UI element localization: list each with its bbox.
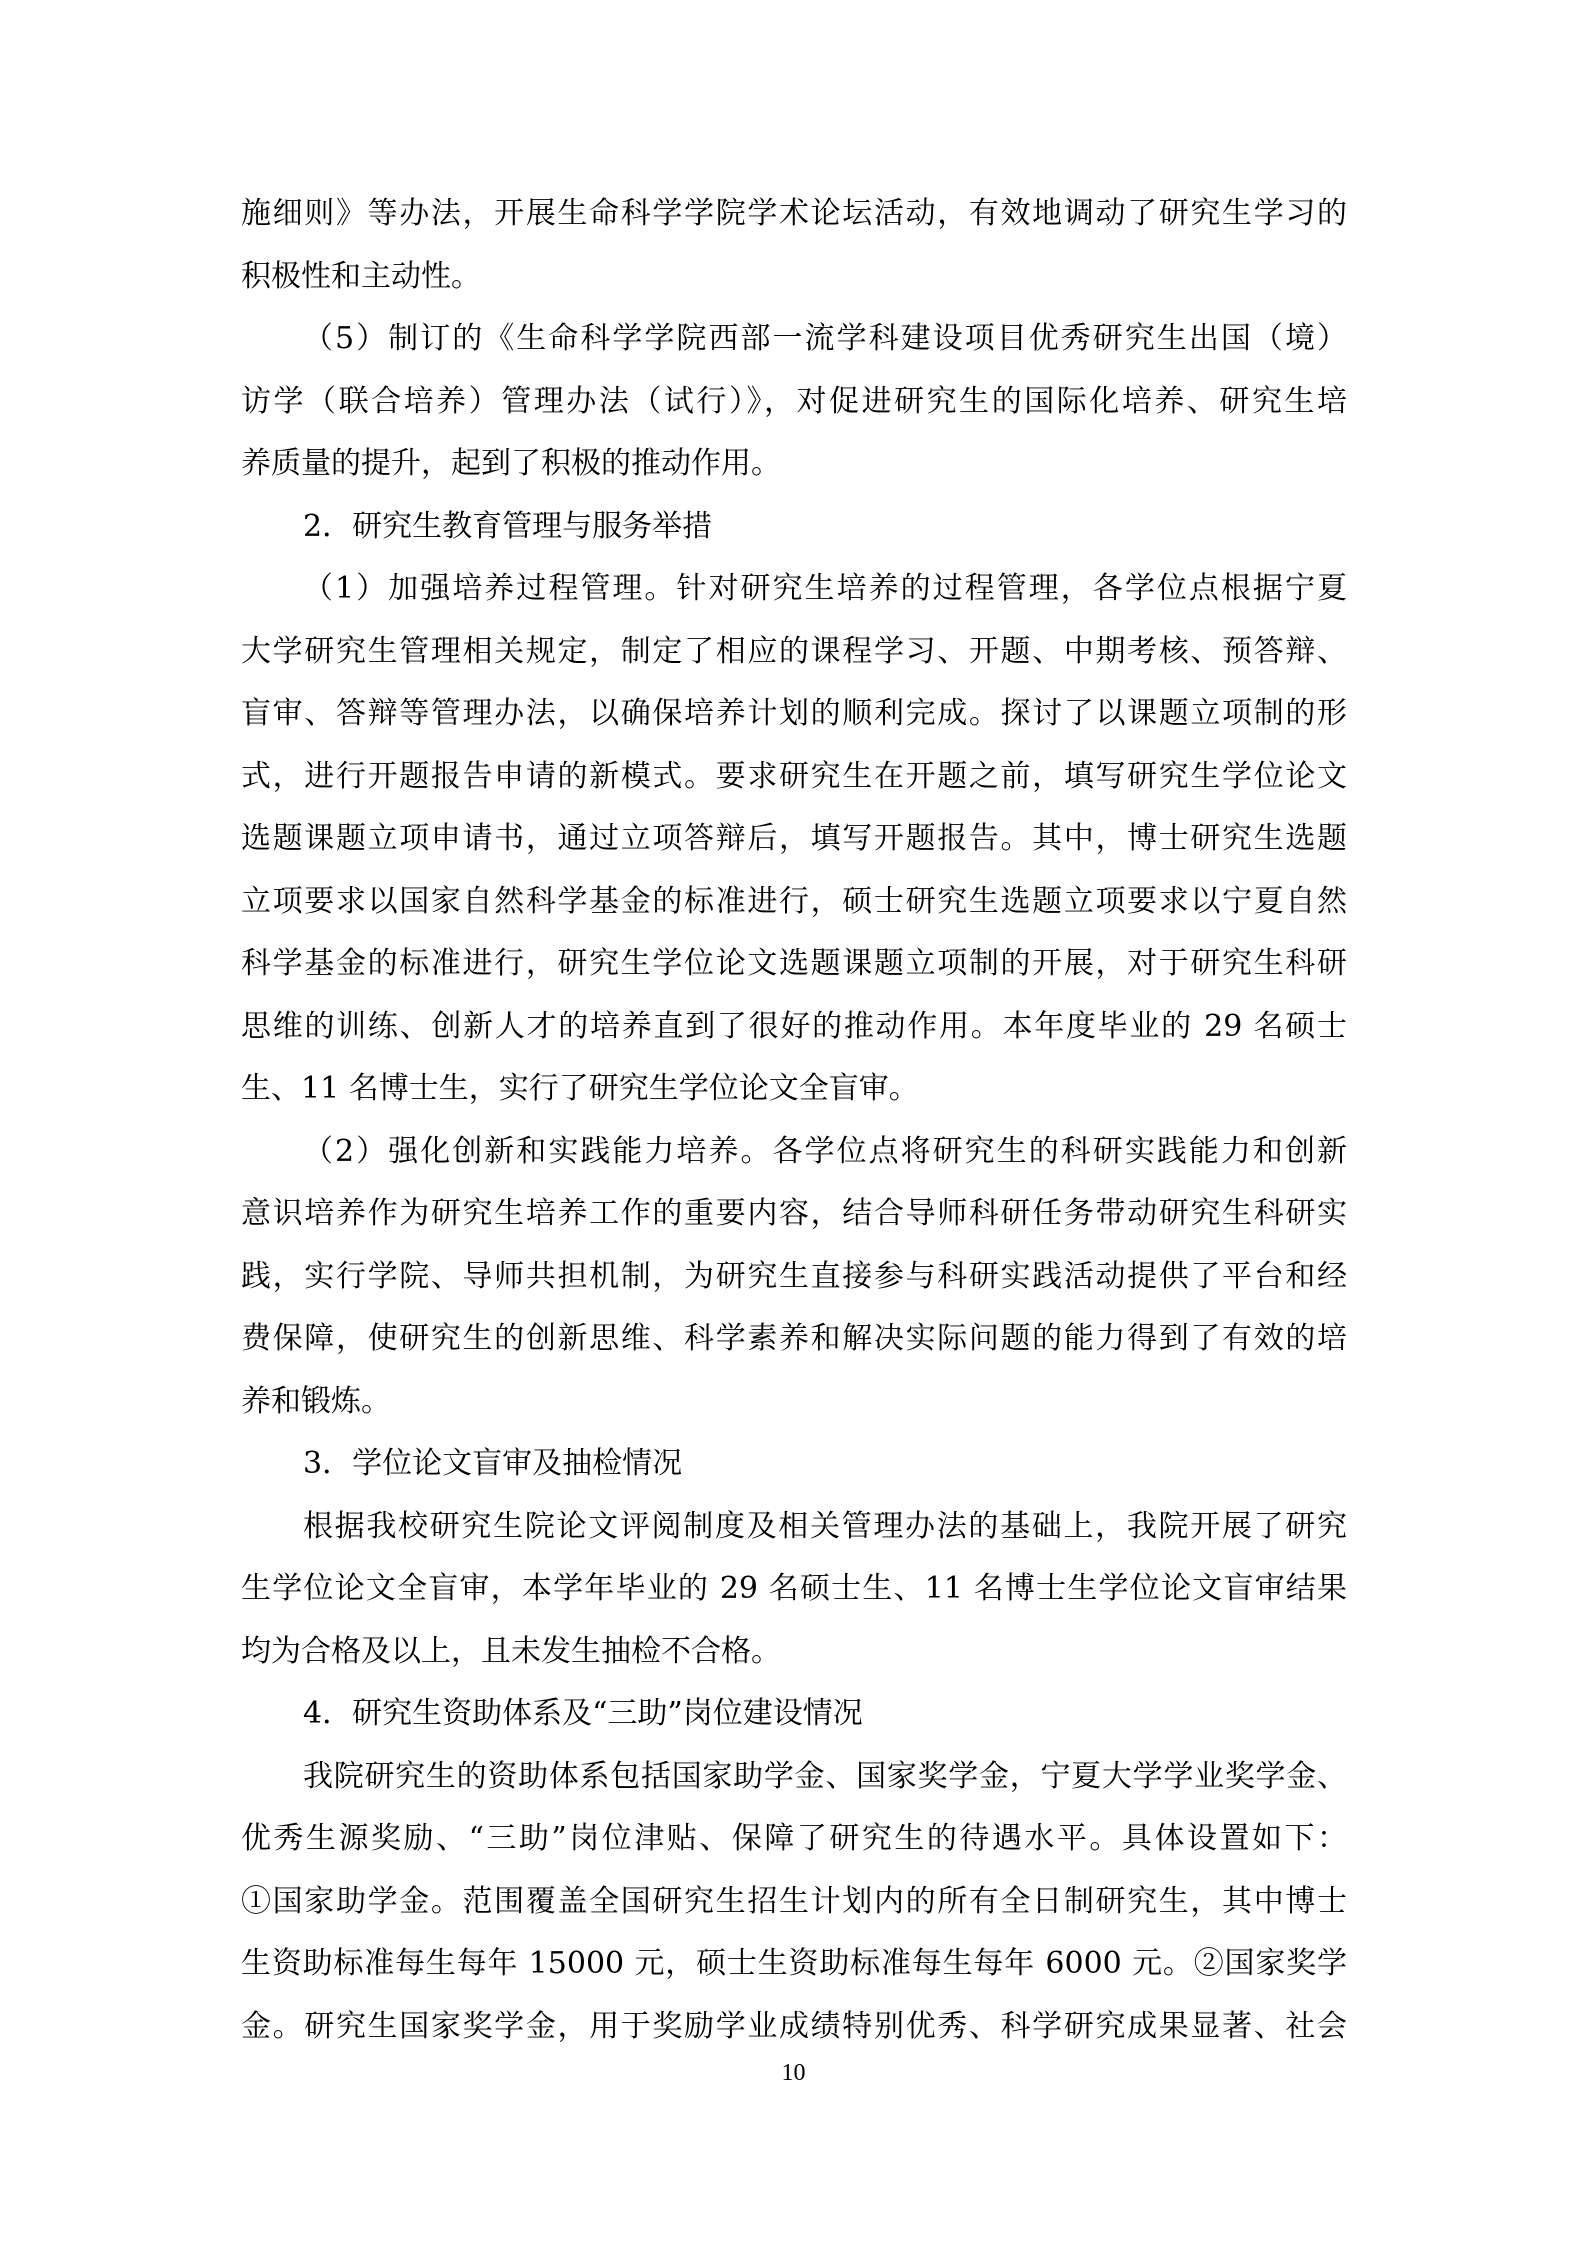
text-line: ①国家助学金。范围覆盖全国研究生招生计划内的所有全日制研究生，其中博士: [241, 1876, 1347, 1939]
text-line: 养和锻炼。: [241, 1376, 1347, 1439]
text-line: 生、11 名博士生，实行了研究生学位论文全盲审。: [241, 1063, 1347, 1126]
text-line: 生学位论文全盲审，本学年毕业的 29 名硕士生、11 名博士生学位论文盲审结果: [241, 1563, 1347, 1626]
paragraph-first-line: 根据我校研究生院论文评阅制度及相关管理办法的基础上，我院开展了研究: [241, 1501, 1347, 1564]
text-line: 意识培养作为研究生培养工作的重要内容，结合导师科研任务带动研究生科研实: [241, 1188, 1347, 1251]
text-line: 均为合格及以上，且未发生抽检不合格。: [241, 1626, 1347, 1689]
text-line: 费保障，使研究生的创新思维、科学素养和解决实际问题的能力得到了有效的培: [241, 1313, 1347, 1376]
text-line: 践，实行学院、导师共担机制，为研究生直接参与科研实践活动提供了平台和经: [241, 1251, 1347, 1314]
body-text: 施细则》等办法，开展生命科学学院学术论坛活动，有效地调动了研究生学习的 积极性和…: [241, 188, 1347, 2063]
section-heading: 3．学位论文盲审及抽检情况: [241, 1438, 1347, 1501]
paragraph-first-line: （1）加强培养过程管理。针对研究生培养的过程管理，各学位点根据宁夏: [241, 563, 1347, 626]
paragraph-first-line: （5）制订的《生命科学学院西部一流学科建设项目优秀研究生出国（境）: [241, 313, 1347, 376]
text-line: 积极性和主动性。: [241, 251, 1347, 314]
text-line: 立项要求以国家自然科学基金的标准进行，硕士研究生选题立项要求以宁夏自然: [241, 876, 1347, 939]
text-line: 大学研究生管理相关规定，制定了相应的课程学习、开题、中期考核、预答辩、: [241, 626, 1347, 689]
text-line: 养质量的提升，起到了积极的推动作用。: [241, 438, 1347, 501]
text-line: 优秀生源奖励、“三助”岗位津贴、保障了研究生的待遇水平。具体设置如下：: [241, 1813, 1347, 1876]
text-line: 生资助标准每生每年 15000 元，硕士生资助标准每生每年 6000 元。②国家…: [241, 1938, 1347, 2001]
text-line: 金。研究生国家奖学金，用于奖励学业成绩特别优秀、科学研究成果显著、社会: [241, 2001, 1347, 2064]
text-line: 选题课题立项申请书，通过立项答辩后，填写开题报告。其中，博士研究生选题: [241, 813, 1347, 876]
text-line: 施细则》等办法，开展生命科学学院学术论坛活动，有效地调动了研究生学习的: [241, 188, 1347, 251]
page-number: 10: [0, 2060, 1587, 2087]
section-heading: 4．研究生资助体系及“三助”岗位建设情况: [241, 1688, 1347, 1751]
paragraph-first-line: （2）强化创新和实践能力培养。各学位点将研究生的科研实践能力和创新: [241, 1126, 1347, 1189]
section-heading: 2．研究生教育管理与服务举措: [241, 501, 1347, 564]
text-line: 式，进行开题报告申请的新模式。要求研究生在开题之前，填写研究生学位论文: [241, 751, 1347, 814]
text-line: 思维的训练、创新人才的培养直到了很好的推动作用。本年度毕业的 29 名硕士: [241, 1001, 1347, 1064]
document-page: 施细则》等办法，开展生命科学学院学术论坛活动，有效地调动了研究生学习的 积极性和…: [0, 0, 1587, 2245]
paragraph-first-line: 我院研究生的资助体系包括国家助学金、国家奖学金，宁夏大学学业奖学金、: [241, 1751, 1347, 1814]
text-line: 科学基金的标准进行，研究生学位论文选题课题立项制的开展，对于研究生科研: [241, 938, 1347, 1001]
text-line: 访学（联合培养）管理办法（试行）》，对促进研究生的国际化培养、研究生培: [241, 376, 1347, 439]
text-line: 盲审、答辩等管理办法，以确保培养计划的顺利完成。探讨了以课题立项制的形: [241, 688, 1347, 751]
